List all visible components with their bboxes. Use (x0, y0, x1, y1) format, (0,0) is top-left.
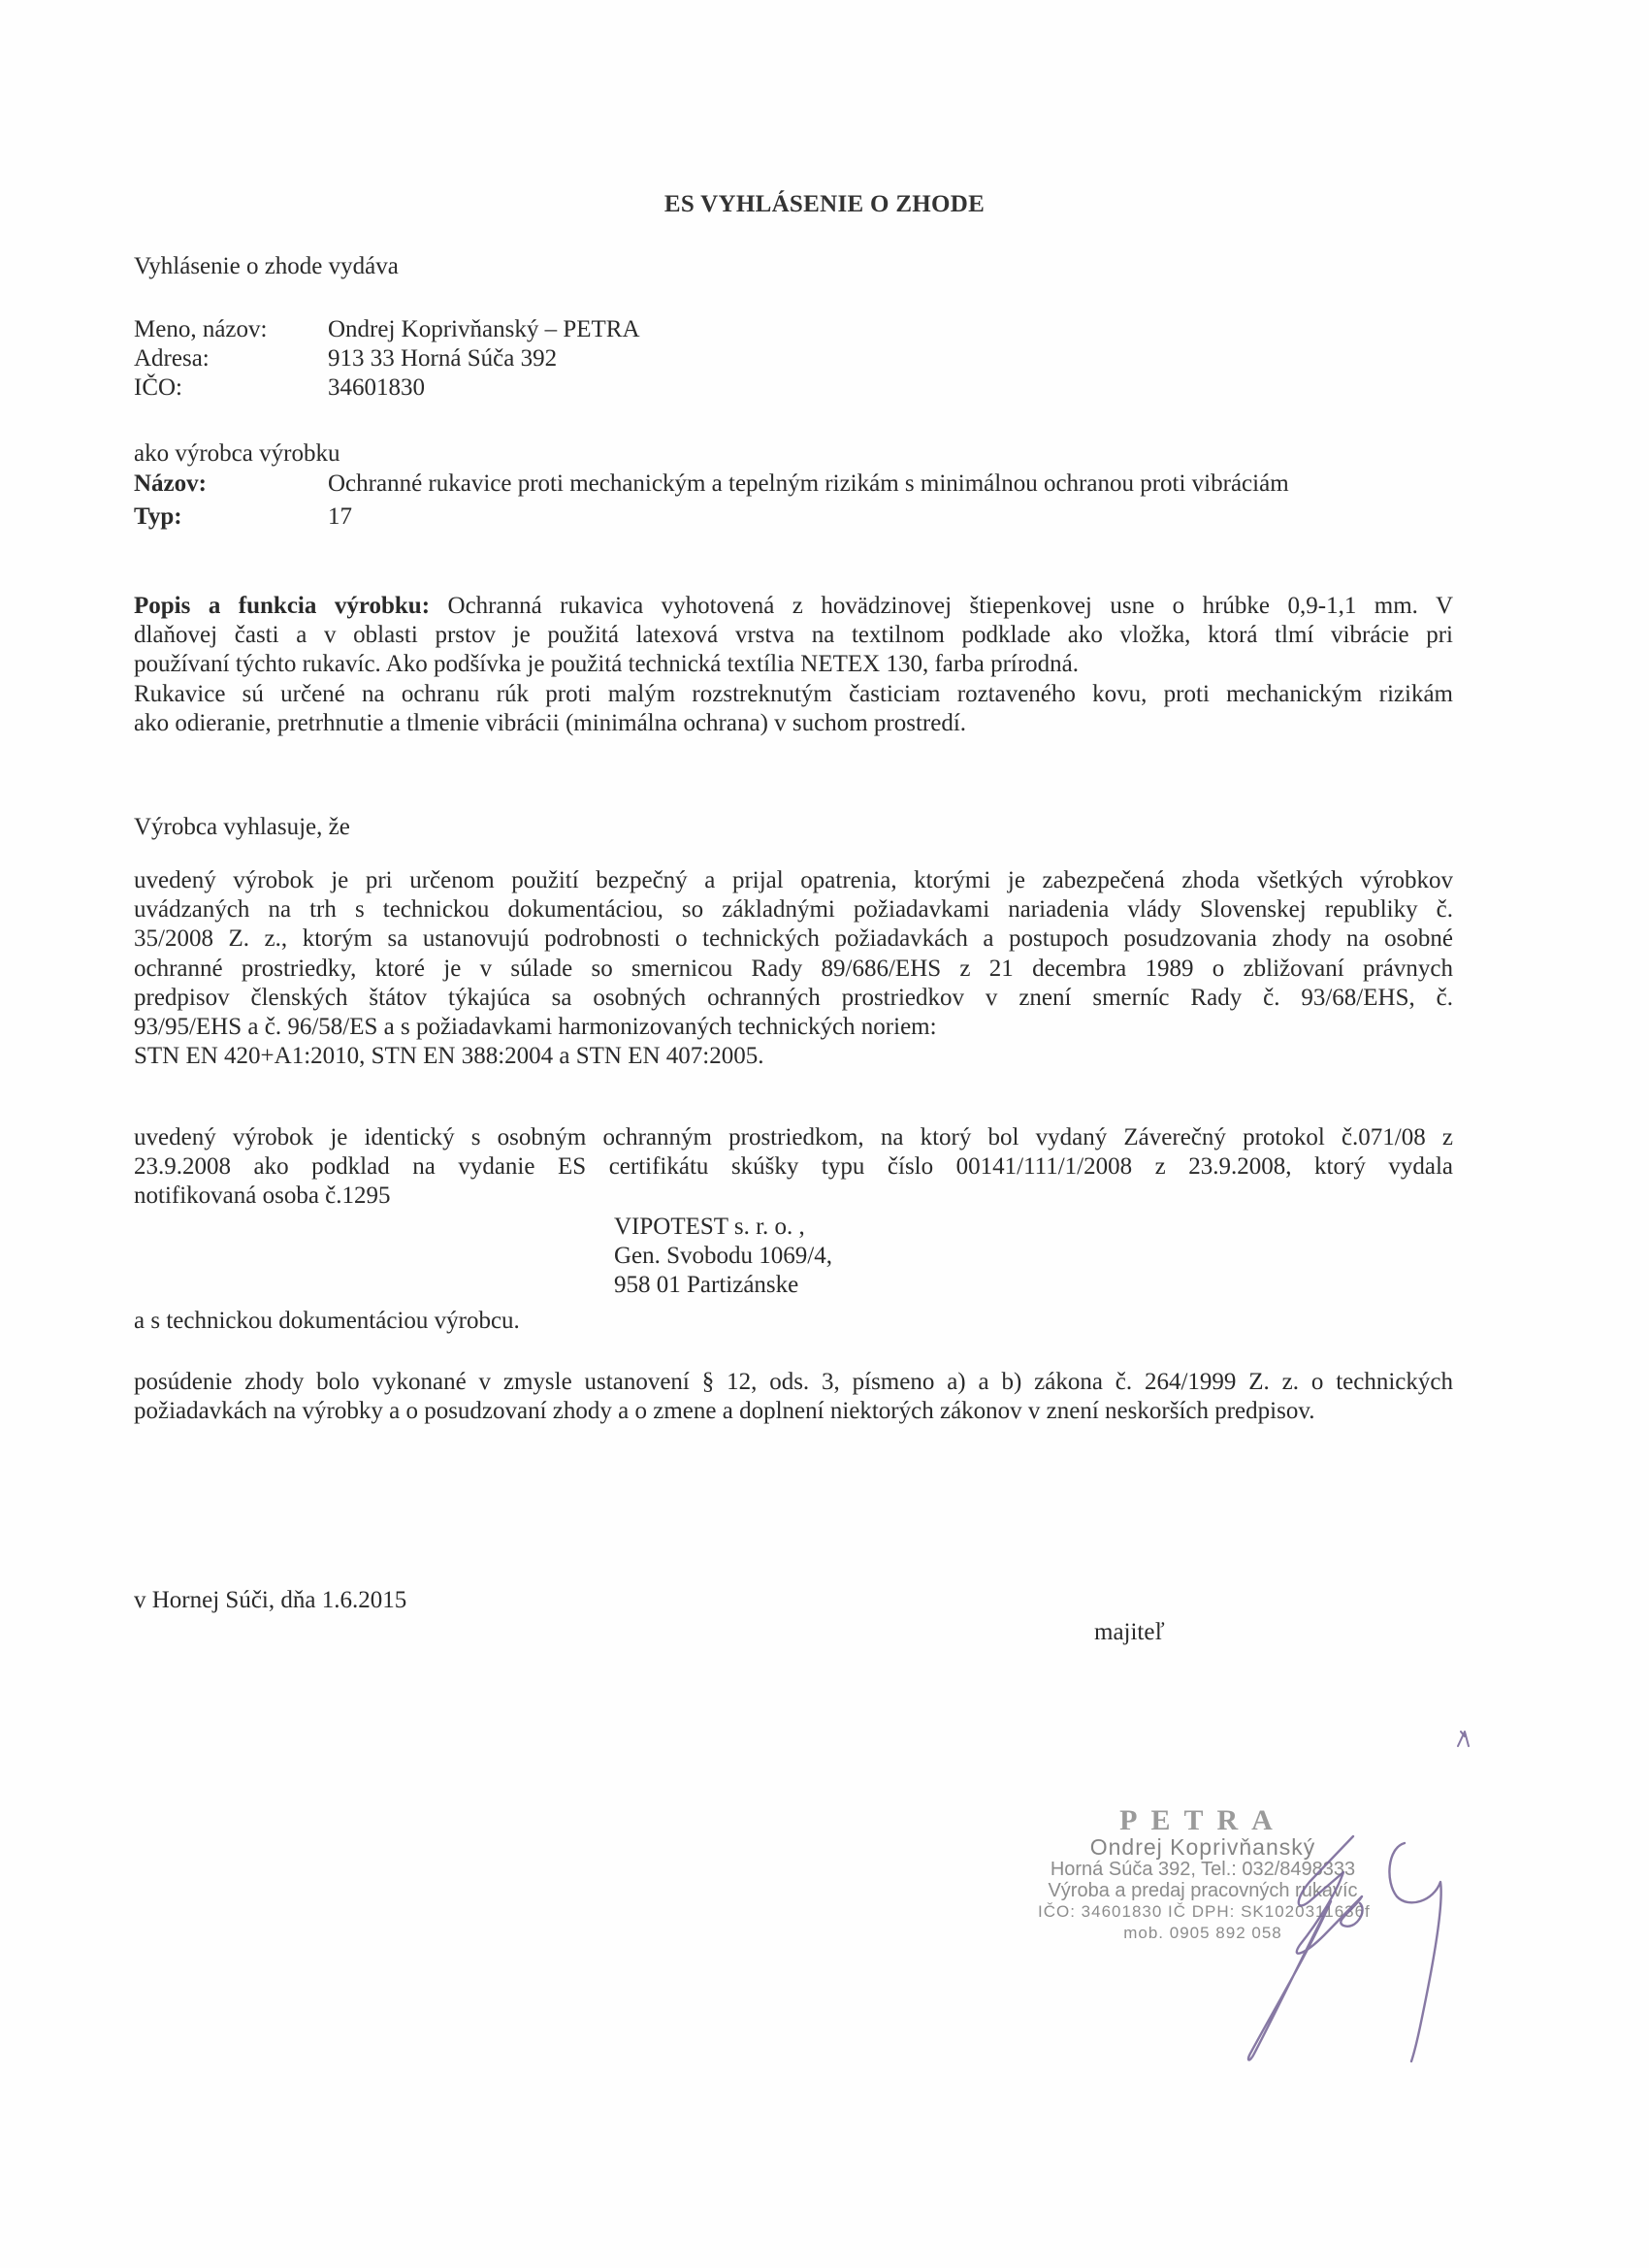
product-type-row: Typ: 17 (134, 502, 1289, 532)
intro-text: Vyhlásenie o zhode vydáva (134, 252, 399, 281)
issuer-address-row: Adresa: 913 33 Horná Súča 392 (134, 344, 640, 373)
assessment-line: posúdenie zhody bolo vykonané v zmysle u… (134, 1368, 1453, 1397)
declaration-line: uvedený výrobok je pri určenom použití b… (134, 866, 1453, 895)
product-details: Názov: Ochranné rukavice proti mechanick… (134, 470, 1289, 532)
declaration-line: notifikovaná osoba č.1295 (134, 1182, 1453, 1211)
stamp-business-line: Výroba a predaj pracovných rukavíc (1038, 1880, 1368, 1901)
declaration-line: ochranné prostriedky, ktoré je v súlade … (134, 955, 1453, 984)
issuer-address-label: Adresa: (134, 344, 328, 373)
document-title: ES VYHLÁSENIE O ZHODE (0, 190, 1649, 219)
manufacturer-intro: ako výrobca výrobku (134, 439, 339, 469)
issuer-ico-row: IČO: 34601830 (134, 373, 640, 403)
issuer-name-label: Meno, názov: (134, 315, 328, 344)
tech-doc-text: a s technickou dokumentáciou výrobcu. (134, 1307, 520, 1336)
document-page: ES VYHLÁSENIE O ZHODE Vyhlásenie o zhode… (0, 0, 1649, 2268)
stamp-mobile-line: mob. 0905 892 058 (1038, 1923, 1368, 1944)
stamp-brand: PETRA (1038, 1806, 1368, 1835)
declares-intro: Výrobca vyhlasuje, že (134, 813, 350, 842)
description-line: Rukavice sú určené na ochranu rúk proti … (134, 680, 1453, 709)
declaration-line: predpisov členských štátov týkajúca sa o… (134, 984, 1453, 1013)
notified-body-name: VIPOTEST s. r. o. , (614, 1213, 832, 1242)
place-date: v Hornej Súči, dňa 1.6.2015 (134, 1586, 406, 1615)
product-name-label: Názov: (134, 470, 328, 499)
issuer-name-value: Ondrej Koprivňanský – PETRA (328, 315, 640, 344)
assessment-line: požiadavkách na výrobky a o posudzovaní … (134, 1397, 1453, 1426)
stamp-tax-line: IČO: 34601830 IČ DPH: SK1020311636f (1038, 1901, 1368, 1923)
company-stamp: PETRA Ondrej Koprivňanský Horná Súča 392… (1038, 1806, 1368, 1944)
declaration-paragraph-2: uvedený výrobok je identický s osobným o… (134, 1123, 1453, 1212)
declaration-line: 35/2008 Z. z., ktorým sa ustanovujú podr… (134, 924, 1453, 954)
declaration-paragraph-1: uvedený výrobok je pri určenom použití b… (134, 866, 1453, 1071)
assessment-paragraph: posúdenie zhody bolo vykonané v zmysle u… (134, 1368, 1453, 1426)
notified-body-address: VIPOTEST s. r. o. , Gen. Svobodu 1069/4,… (614, 1213, 832, 1300)
issuer-ico-label: IČO: (134, 373, 328, 403)
product-name-value: Ochranné rukavice proti mechanickým a te… (328, 470, 1289, 499)
product-type-value: 17 (328, 502, 352, 532)
declaration-line: uvedený výrobok je identický s osobným o… (134, 1123, 1453, 1152)
product-name-row: Názov: Ochranné rukavice proti mechanick… (134, 470, 1289, 499)
description-line: používaní týchto rukavíc. Ako podšívka j… (134, 650, 1453, 679)
notified-body-city: 958 01 Partizánske (614, 1271, 832, 1300)
product-type-label: Typ: (134, 502, 328, 532)
description-line: ako odieranie, pretrhnutie a tlmenie vib… (134, 709, 1453, 738)
declaration-line: STN EN 420+A1:2010, STN EN 388:2004 a ST… (134, 1042, 1453, 1071)
notified-body-street: Gen. Svobodu 1069/4, (614, 1242, 832, 1271)
description-line: dlaňovej časti a v oblasti prstov je pou… (134, 621, 1453, 650)
signatory-role: majiteľ (1094, 1618, 1165, 1647)
declaration-line: uvádzaných na trh s technickou dokumentá… (134, 895, 1453, 924)
declaration-line: 23.9.2008 ako podklad na vydanie ES cert… (134, 1152, 1453, 1182)
description-line: Popis a funkcia výrobku: Ochranná rukavi… (134, 592, 1453, 621)
issuer-address-value: 913 33 Horná Súča 392 (328, 344, 557, 373)
declaration-line: 93/95/EHS a č. 96/58/ES a s požiadavkami… (134, 1013, 1453, 1042)
description-label: Popis a funkcia výrobku: (134, 593, 430, 619)
issuer-name-row: Meno, názov: Ondrej Koprivňanský – PETRA (134, 315, 640, 344)
issuer-ico-value: 34601830 (328, 373, 425, 403)
stamp-owner-name: Ondrej Koprivňanský (1038, 1835, 1368, 1859)
issuer-details: Meno, názov: Ondrej Koprivňanský – PETRA… (134, 315, 640, 403)
stamp-address-line: Horná Súča 392, Tel.: 032/8498333 (1038, 1859, 1368, 1880)
product-description: Popis a funkcia výrobku: Ochranná rukavi… (134, 592, 1453, 738)
